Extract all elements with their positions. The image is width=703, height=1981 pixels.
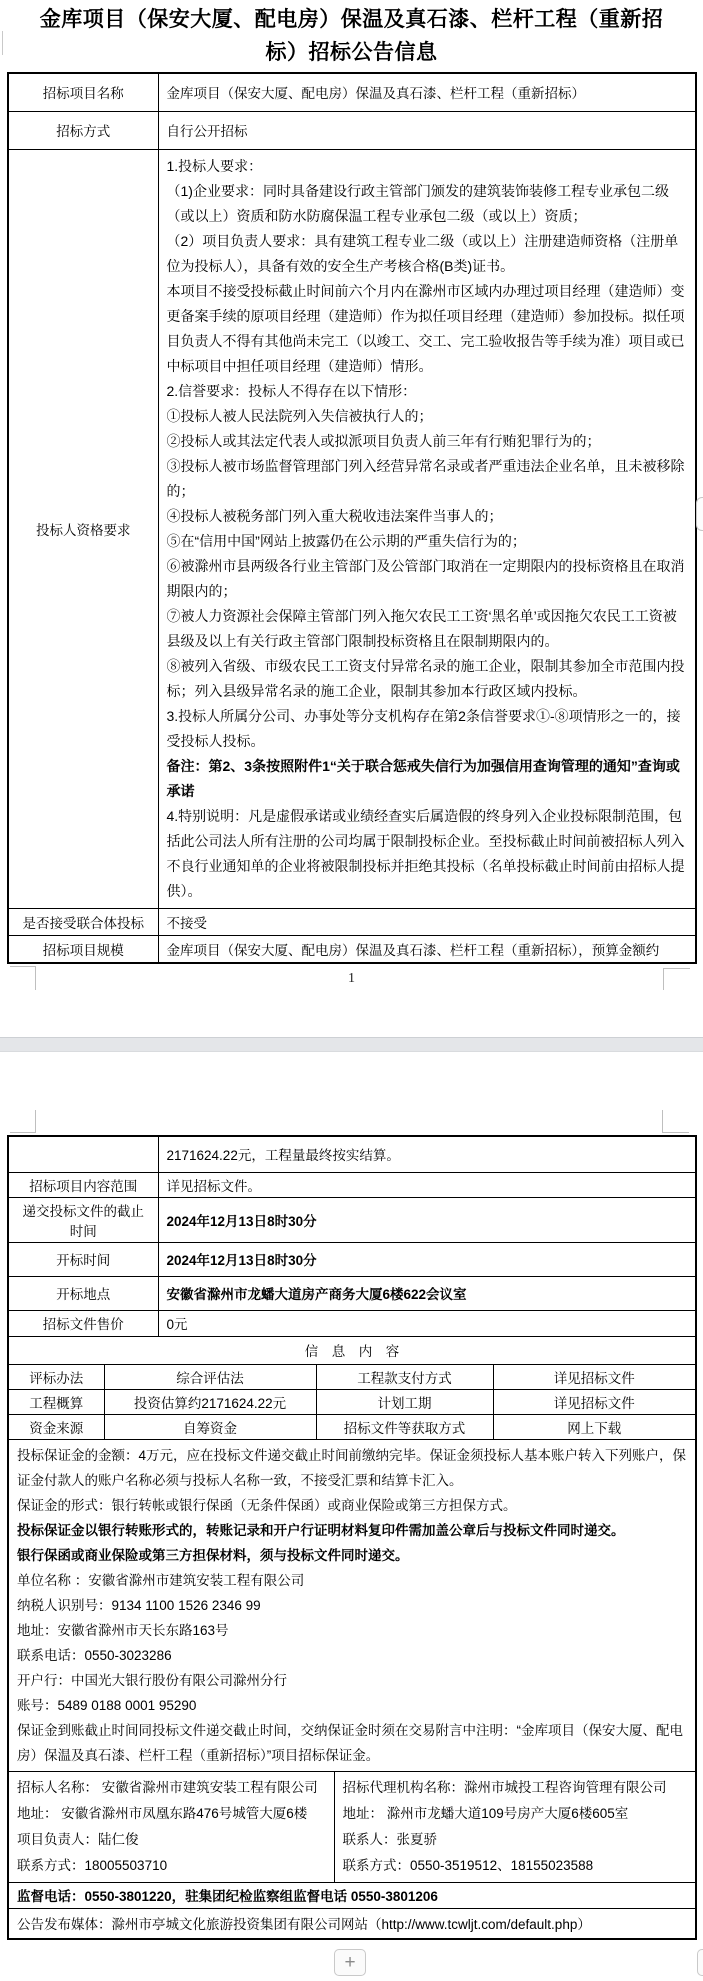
bidder-qualification-value: 1.投标人要求： （1)企业要求：同时具备建设行政主管部门颁发的建筑装饰装修工程…	[158, 149, 696, 908]
table-row: 评标办法 综合评估法 工程款支付方式 详见招标文件	[8, 1364, 696, 1389]
table-row: 招标人名称： 安徽省滁州市建筑安装工程有限公司 地址： 安徽省滁州市凤凰东路47…	[8, 1771, 696, 1882]
bidder-phone-line: 联系方式：18005503710	[17, 1853, 326, 1879]
deposit-address-line: 地址：安徽省滁州市天长东路163号	[17, 1618, 687, 1643]
qualification-paragraph: ⑦被人力资源社会保障主管部门列入拖欠农民工工资‘黑名单’或因拖欠农民工工资被县级…	[167, 604, 688, 654]
info-content-header: 信 息 内 容	[8, 1336, 696, 1364]
bid-deposit-cell: 投标保证金的金额：4万元，应在投标文件递交截止时间前缴纳完毕。保证金须投标人基本…	[8, 1439, 696, 1771]
add-page-button[interactable]: +	[334, 1949, 366, 1976]
document-access-value: 网上下载	[493, 1414, 696, 1439]
project-scale-label: 招标项目规模	[8, 935, 158, 963]
agency-address-line: 地址： 滁州市龙蟠大道109号房产大厦6楼605室	[343, 1801, 688, 1827]
payment-method-value: 详见招标文件	[493, 1364, 696, 1389]
table-row: 2171624.22元，工程量最终按实结算。	[8, 1136, 696, 1172]
agency-name-line: 招标代理机构名称：滁州市城投工程咨询管理有限公司	[343, 1775, 688, 1801]
deposit-guarantee-rule-line: 银行保函或商业保险或第三方担保材料，须与投标文件同时递交。	[17, 1543, 687, 1568]
qualification-paragraph: ⑤在“信用中国”网站上披露仍在公示期的严重失信行为的；	[167, 529, 688, 554]
qualification-note-paragraph: 备注：第2、3条按照附件1“关于联合惩戒失信行为加强信用查询管理的通知”查询或承…	[167, 754, 688, 804]
page-margin-mark-left-fragment	[2, 31, 3, 55]
deposit-line: 保证金的形式：银行转帐或银行保函（无条件保函）或商业保险或第三方担保方式。	[17, 1493, 687, 1518]
project-estimate-value: 投资估算约2171624.22元	[104, 1389, 316, 1414]
table-row: 招标文件售价 0元	[8, 1310, 696, 1336]
planned-duration-label: 计划工期	[316, 1389, 493, 1414]
bid-opening-time-label: 开标时间	[8, 1242, 158, 1276]
deposit-phone-line: 联系电话：0550-3023286	[17, 1643, 687, 1668]
bid-method-value: 自行公开招标	[158, 111, 696, 149]
project-scale-value: 金库项目（保安大厦、配电房）保温及真石漆、栏杆工程（重新招标），预算金额约	[158, 935, 696, 963]
qualification-paragraph: ⑧被列入省级、市级农民工工资支付异常名录的施工企业，限制其参加全市范围内投标；列…	[167, 654, 688, 704]
qualification-paragraph: ②投标人或其法定代表人或拟派项目负责人前三年有行贿犯罪行为的；	[167, 429, 688, 454]
agency-contact-line: 联系人：张夏骄	[343, 1827, 688, 1853]
document-access-label: 招标文件等获取方式	[316, 1414, 493, 1439]
page-1: 金库项目（保安大厦、配电房）保温及真石漆、栏杆工程（重新招标）招标公告信息 招标…	[0, 0, 703, 1037]
announcement-media-cell: 公告发布媒体：滁州市亭城文化旅游投资集团有限公司网站（http://www.tc…	[8, 1908, 696, 1939]
deposit-bank-line: 开户行：中国光大银行股份有限公司滁州分行	[17, 1668, 687, 1693]
bid-opening-place-value: 安徽省滁州市龙蟠大道房产商务大厦6楼622会议室	[158, 1276, 696, 1310]
table-row: 公告发布媒体：滁州市亭城文化旅游投资集团有限公司网站（http://www.tc…	[8, 1908, 696, 1939]
table-row: 递交投标文件的截止时间 2024年12月13日8时30分	[8, 1197, 696, 1242]
bidder-qualification-label: 投标人资格要求	[8, 149, 158, 908]
table-row: 工程概算 投资估算约2171624.22元 计划工期 详见招标文件	[8, 1389, 696, 1414]
corner-button-partial[interactable]	[697, 1949, 703, 1976]
funding-source-value: 自筹资金	[104, 1414, 316, 1439]
planned-duration-value: 详见招标文件	[493, 1389, 696, 1414]
deposit-remark-line: 保证金到账截止时间同投标文件递交截止时间，交纳保证金时须在交易附言中注明：“金库…	[17, 1718, 687, 1768]
consortium-bid-value: 不接受	[158, 908, 696, 935]
qualification-paragraph: ③投标人被市场监督管理部门列入经营异常名录或者严重违法企业名单，且未被移除的；	[167, 454, 688, 504]
table-row: 开标地点 安徽省滁州市龙蟠大道房产商务大厦6楼622会议室	[8, 1276, 696, 1310]
agency-phone-line: 联系方式：0550-3519512、18155023588	[343, 1853, 688, 1879]
deposit-line: 投标保证金的金额：4万元，应在投标文件递交截止时间前缴纳完毕。保证金须投标人基本…	[17, 1443, 687, 1493]
qualification-paragraph: 2.信誉要求：投标人不得存在以下情形：	[167, 379, 688, 404]
page-margin-mark-top-left	[10, 1110, 36, 1133]
payment-method-label: 工程款支付方式	[316, 1364, 493, 1389]
qualification-paragraph: 1.投标人要求：	[167, 154, 688, 179]
consortium-bid-label: 是否接受联合体投标	[8, 908, 158, 935]
table-row: 开标时间 2024年12月13日8时30分	[8, 1242, 696, 1276]
submission-deadline-label: 递交投标文件的截止时间	[8, 1197, 158, 1242]
table-row: 招标项目规模 金库项目（保安大厦、配电房）保温及真石漆、栏杆工程（重新招标），预…	[8, 935, 696, 963]
table-row: 资金来源 自筹资金 招标文件等获取方式 网上下载	[8, 1414, 696, 1439]
qualification-paragraph: 3.投标人所属分公司、办事处等分支机构存在第2条信誉要求①-⑧项情形之一的，接受…	[167, 704, 688, 754]
table-row: 投标保证金的金额：4万元，应在投标文件递交截止时间前缴纳完毕。保证金须投标人基本…	[8, 1439, 696, 1771]
evaluation-method-value: 综合评估法	[104, 1364, 316, 1389]
table-row: 招标方式 自行公开招标	[8, 111, 696, 149]
page-margin-mark-top-right	[662, 1110, 689, 1133]
supervision-phone-cell: 监督电话：0550-3801220，驻集团纪检监察组监督电话 0550-3801…	[8, 1882, 696, 1908]
bidder-name-line: 招标人名称： 安徽省滁州市建筑安装工程有限公司	[17, 1775, 326, 1801]
qualification-paragraph: （1)企业要求：同时具备建设行政主管部门颁发的建筑装饰装修工程专业承包二级（或以…	[167, 179, 688, 229]
bid-opening-time-value: 2024年12月13日8时30分	[158, 1242, 696, 1276]
funding-source-label: 资金来源	[8, 1414, 104, 1439]
announcement-table-page1: 招标项目名称 金库项目（保安大厦、配电房）保温及真石漆、栏杆工程（重新招标） 招…	[7, 72, 697, 964]
qualification-paragraph: 4.特别说明：凡是虚假承诺或业绩经查实后属造假的终身列入企业投标限制范围，包括此…	[167, 804, 688, 904]
page-2: 2171624.22元，工程量最终按实结算。 招标项目内容范围 详见招标文件。 …	[0, 1052, 703, 1981]
bid-project-name-value: 金库项目（保安大厦、配电房）保温及真石漆、栏杆工程（重新招标）	[158, 73, 696, 111]
content-scope-value: 详见招标文件。	[158, 1172, 696, 1197]
deposit-account-number-line: 账号：5489 0188 0001 95290	[17, 1693, 687, 1718]
table-row: 监督电话：0550-3801220，驻集团纪检监察组监督电话 0550-3801…	[8, 1882, 696, 1908]
table-row: 投标人资格要求 1.投标人要求： （1)企业要求：同时具备建设行政主管部门颁发的…	[8, 149, 696, 908]
project-scale-continuation-label	[8, 1136, 158, 1172]
project-scale-continuation-value: 2171624.22元，工程量最终按实结算。	[158, 1136, 696, 1172]
agency-contact-cell: 招标代理机构名称：滁州市城投工程咨询管理有限公司 地址： 滁州市龙蟠大道109号…	[334, 1771, 696, 1882]
page-separator	[0, 1037, 703, 1052]
announcement-table-page2: 2171624.22元，工程量最终按实结算。 招标项目内容范围 详见招标文件。 …	[7, 1135, 697, 1940]
project-estimate-label: 工程概算	[8, 1389, 104, 1414]
evaluation-method-label: 评标办法	[8, 1364, 104, 1389]
qualification-paragraph: ④投标人被税务部门列入重大税收违法案件当事人的；	[167, 504, 688, 529]
qualification-paragraph: ⑥被滁州市县两级各行业主管部门及公管部门取消在一定期限内的投标资格且在取消期限内…	[167, 554, 688, 604]
page-number: 1	[0, 971, 703, 987]
document-title: 金库项目（保安大厦、配电房）保温及真石漆、栏杆工程（重新招标）招标公告信息	[30, 0, 674, 69]
qualification-paragraph: （2）项目负责人要求：具有建筑工程专业二级（或以上）注册建造师资格（注册单位为投…	[167, 229, 688, 279]
deposit-account-name-line: 单位名称 ：安徽省滁州市建筑安装工程有限公司	[17, 1568, 687, 1593]
bidder-address-line: 地址： 安徽省滁州市凤凰东路476号城管大厦6楼	[17, 1801, 326, 1827]
document-price-label: 招标文件售价	[8, 1310, 158, 1336]
deposit-taxpayer-id-line: 纳税人识别号：9134 1100 1526 2346 99	[17, 1593, 687, 1618]
table-row: 招标项目名称 金库项目（保安大厦、配电房）保温及真石漆、栏杆工程（重新招标）	[8, 73, 696, 111]
bid-opening-place-label: 开标地点	[8, 1276, 158, 1310]
side-panel-button-partial[interactable]	[696, 497, 703, 531]
document-price-value: 0元	[158, 1310, 696, 1336]
deposit-transfer-rule-line: 投标保证金以银行转账形式的，转账记录和开户行证明材料复印件需加盖公章后与投标文件…	[17, 1518, 687, 1543]
table-row: 招标项目内容范围 详见招标文件。	[8, 1172, 696, 1197]
content-scope-label: 招标项目内容范围	[8, 1172, 158, 1197]
qualification-paragraph: 本项目不接受投标截止时间前六个月内在滁州市区域内办理过项目经理（建造师）变更备案…	[167, 279, 688, 379]
bidder-manager-line: 项目负责人：陆仁俊	[17, 1827, 326, 1853]
bid-method-label: 招标方式	[8, 111, 158, 149]
table-row: 是否接受联合体投标 不接受	[8, 908, 696, 935]
submission-deadline-value: 2024年12月13日8时30分	[158, 1197, 696, 1242]
bidder-contact-cell: 招标人名称： 安徽省滁州市建筑安装工程有限公司 地址： 安徽省滁州市凤凰东路47…	[8, 1771, 334, 1882]
table-row: 信 息 内 容	[8, 1336, 696, 1364]
qualification-paragraph: ①投标人被人民法院列入失信被执行人的；	[167, 404, 688, 429]
bid-project-name-label: 招标项目名称	[8, 73, 158, 111]
